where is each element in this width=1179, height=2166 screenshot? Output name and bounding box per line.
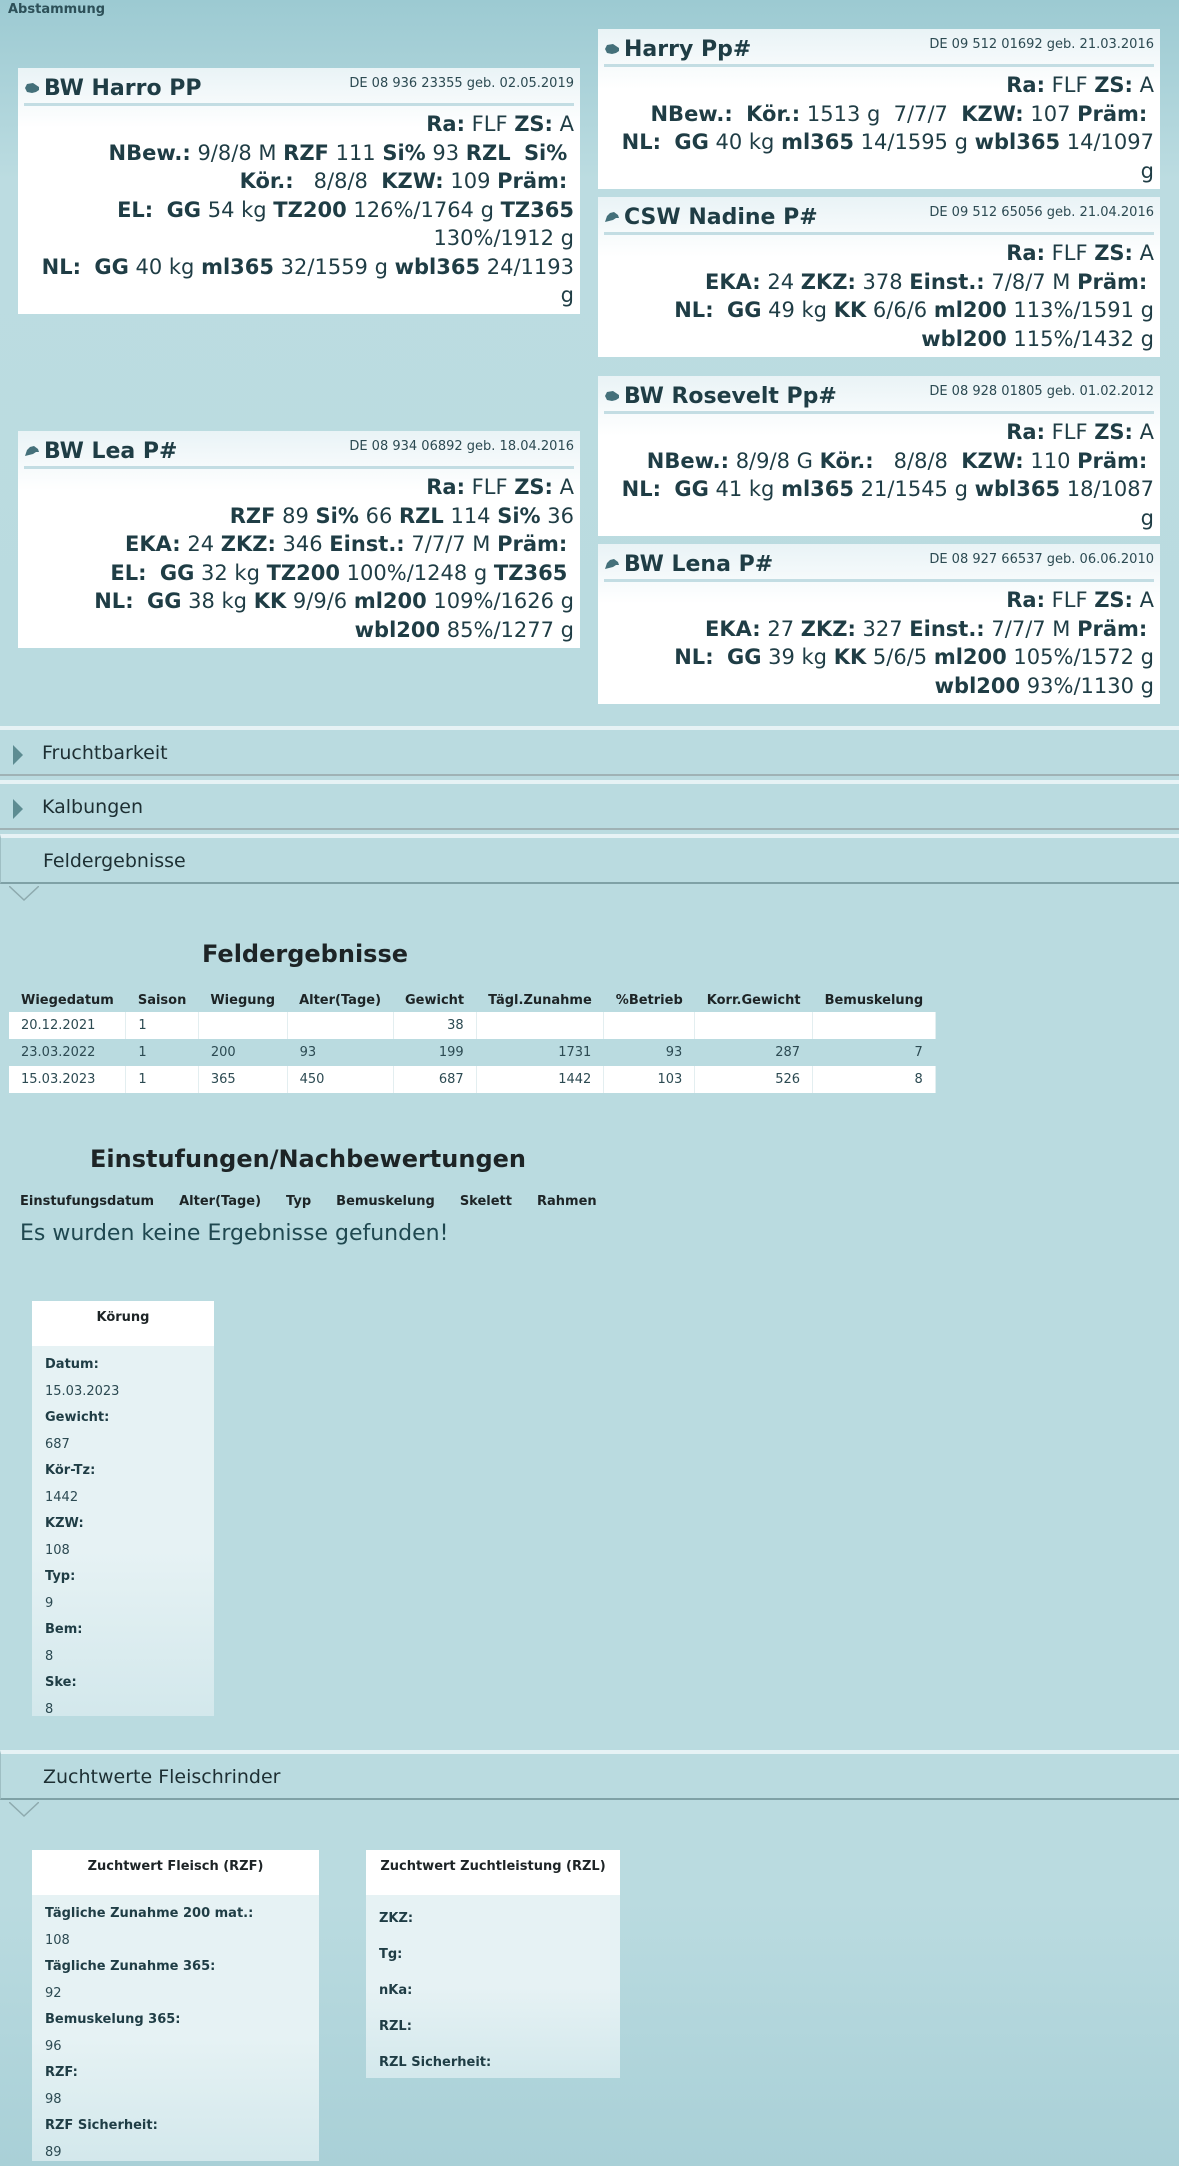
table-row: 23.03.20221200931991731932877	[9, 1039, 935, 1066]
field-value: 108	[45, 1537, 201, 1564]
feldergebnisse-title: Feldergebnisse	[202, 940, 408, 968]
field-value: 92	[45, 1980, 306, 2007]
table-cell	[813, 1012, 936, 1039]
accordion-label: Feldergebnisse	[43, 850, 186, 872]
table-cell: 1731	[476, 1039, 604, 1066]
table-cell: 1442	[476, 1066, 604, 1093]
animal-name[interactable]: Harry Pp#	[624, 37, 751, 62]
column-header: Tägl.Zunahme	[476, 988, 604, 1012]
detail-line: EKA: 24 ZKZ: 346 Einst.: 7/7/7 M Präm:	[24, 530, 574, 559]
rzl-panel: Zuchtwert Zuchtleistung (RZL) ZKZ:Tg:nKa…	[366, 1850, 620, 2078]
field-label: RZF Sicherheit:	[45, 2113, 306, 2139]
table-cell: 7	[813, 1039, 936, 1066]
column-header: Skelett	[460, 1194, 512, 1209]
animal-details: Ra: FLF ZS: ANBew.: Kör.: 1513 g 7/7/7 K…	[604, 67, 1154, 189]
table-cell: 199	[393, 1039, 476, 1066]
table-cell	[476, 1012, 604, 1039]
column-header: Rahmen	[537, 1194, 597, 1209]
expand-triangle-icon	[13, 799, 23, 819]
table-cell: 38	[393, 1012, 476, 1039]
detail-line: Ra: FLF ZS: A	[604, 71, 1154, 100]
table-cell: 93	[604, 1039, 695, 1066]
field-label: RZF:	[45, 2060, 306, 2086]
accordion-label: Kalbungen	[42, 796, 143, 818]
detail-line: NBew.: Kör.: 1513 g 7/7/7 KZW: 107 Präm:	[604, 100, 1154, 129]
field-value: 108	[45, 1927, 306, 1954]
field-label: Datum:	[45, 1352, 201, 1378]
pedigree-card-sire[interactable]: BW Harro PP DE 08 936 23355 geb. 02.05.2…	[18, 68, 580, 314]
expanded-notch-icon	[9, 1802, 39, 1818]
field-label: Tägliche Zunahme 365:	[45, 1954, 306, 1980]
column-header: %Betrieb	[604, 988, 695, 1012]
table-cell: 200	[198, 1039, 287, 1066]
cow-head-icon	[604, 205, 624, 230]
table-cell: 1	[126, 1066, 199, 1093]
field-label: Ske:	[45, 1670, 201, 1696]
detail-line: NL: GG 38 kg KK 9/9/6 ml200 109%/1626 g …	[24, 587, 574, 644]
animal-id-birth: DE 09 512 01692 geb. 21.03.2016	[929, 35, 1154, 52]
table-cell: 450	[287, 1066, 393, 1093]
detail-line: Ra: FLF ZS: A	[24, 473, 574, 502]
detail-line: EL: GG 54 kg TZ200 126%/1764 g TZ365 130…	[24, 196, 574, 253]
animal-id-birth: DE 09 512 65056 geb. 21.04.2016	[929, 203, 1154, 220]
bull-head-icon	[604, 384, 624, 409]
accordion-feldergebnisse[interactable]: Feldergebnisse	[0, 834, 1179, 884]
table-cell	[695, 1012, 813, 1039]
column-header: Gewicht	[393, 988, 476, 1012]
pedigree-card-dam-sire[interactable]: BW Rosevelt Pp# DE 08 928 01805 geb. 01.…	[598, 376, 1160, 536]
table-cell: 93	[287, 1039, 393, 1066]
table-cell	[198, 1012, 287, 1039]
field-value: 8	[45, 1696, 201, 1723]
field-label: Bemuskelung 365:	[45, 2007, 306, 2033]
field-label: Kör-Tz:	[45, 1458, 201, 1484]
table-cell	[287, 1012, 393, 1039]
animal-id-birth: DE 08 927 66537 geb. 06.06.2010	[929, 550, 1154, 567]
cow-head-icon	[604, 552, 624, 577]
detail-line: Ra: FLF ZS: A	[24, 110, 574, 139]
cow-head-icon	[24, 439, 44, 464]
detail-line: NL: GG 39 kg KK 5/6/5 ml200 105%/1572 g …	[604, 643, 1154, 700]
table-header-row: WiegedatumSaisonWiegungAlter(Tage)Gewich…	[9, 988, 935, 1012]
accordion-kalbungen[interactable]: Kalbungen	[0, 780, 1179, 830]
animal-details: Ra: FLF ZS: AEKA: 24 ZKZ: 378 Einst.: 7/…	[604, 235, 1154, 357]
koerung-panel-title: Körung	[32, 1301, 214, 1346]
field-label: RZL:	[379, 2009, 607, 2045]
column-header: Korr.Gewicht	[695, 988, 813, 1012]
animal-name[interactable]: BW Harro PP	[44, 76, 201, 101]
table-cell: 365	[198, 1066, 287, 1093]
table-cell: 15.03.2023	[9, 1066, 126, 1093]
column-header: Wiegung	[198, 988, 287, 1012]
no-results-message: Es wurden keine Ergebnisse gefunden!	[20, 1221, 448, 1246]
column-header: Wiegedatum	[9, 988, 126, 1012]
table-cell: 526	[695, 1066, 813, 1093]
accordion-label: Zuchtwerte Fleischrinder	[43, 1766, 280, 1788]
animal-id-birth: DE 08 936 23355 geb. 02.05.2019	[349, 74, 574, 91]
field-value: 15.03.2023	[45, 1378, 201, 1405]
table-row: 15.03.2023136545068714421035268	[9, 1066, 935, 1093]
detail-line: EKA: 24 ZKZ: 378 Einst.: 7/8/7 M Präm:	[604, 268, 1154, 297]
animal-id-birth: DE 08 934 06892 geb. 18.04.2016	[349, 437, 574, 454]
animal-details: Ra: FLF ZS: ARZF 89 Si% 66 RZL 114 Si% 3…	[24, 469, 574, 648]
field-label: Tägliche Zunahme 200 mat.:	[45, 1901, 306, 1927]
animal-details: Ra: FLF ZS: ANBew.: 8/9/8 G Kör.: 8/8/8 …	[604, 414, 1154, 536]
animal-details: Ra: FLF ZS: AEKA: 27 ZKZ: 327 Einst.: 7/…	[604, 582, 1154, 704]
detail-line: EL: GG 32 kg TZ200 100%/1248 g TZ365	[24, 559, 574, 588]
column-header: Alter(Tage)	[179, 1194, 261, 1209]
feldergebnisse-table: WiegedatumSaisonWiegungAlter(Tage)Gewich…	[9, 988, 936, 1093]
table-cell: 103	[604, 1066, 695, 1093]
field-label: RZL Sicherheit:	[379, 2045, 607, 2081]
field-label: Typ:	[45, 1564, 201, 1590]
field-label: Gewicht:	[45, 1405, 201, 1431]
table-cell: 687	[393, 1066, 476, 1093]
column-header: Typ	[286, 1194, 311, 1209]
animal-name[interactable]: BW Lea P#	[44, 439, 178, 464]
field-value: 96	[45, 2033, 306, 2060]
field-value: 8	[45, 1643, 201, 1670]
detail-line: RZF 89 Si% 66 RZL 114 Si% 36	[24, 502, 574, 531]
column-header: Saison	[126, 988, 199, 1012]
field-label: KZW:	[45, 1511, 201, 1537]
field-value: 687	[45, 1431, 201, 1458]
pedigree-card-dam-dam[interactable]: BW Lena P# DE 08 927 66537 geb. 06.06.20…	[598, 544, 1160, 704]
rzf-panel: Zuchtwert Fleisch (RZF) Tägliche Zunahme…	[32, 1850, 319, 2161]
field-value: 1442	[45, 1484, 201, 1511]
field-label: Tg:	[379, 1937, 607, 1973]
expand-triangle-icon	[13, 745, 23, 765]
detail-line: NL: GG 40 kg ml365 14/1595 g wbl365 14/1…	[604, 128, 1154, 185]
accordion-label: Fruchtbarkeit	[42, 742, 168, 764]
table-cell: 20.12.2021	[9, 1012, 126, 1039]
detail-line: NBew.: 9/8/8 M RZF 111 Si% 93 RZL Si%	[24, 139, 574, 168]
accordion-fruchtbarkeit[interactable]: Fruchtbarkeit	[0, 726, 1179, 776]
column-header: Bemuskelung	[336, 1194, 435, 1209]
detail-line: Ra: FLF ZS: A	[604, 418, 1154, 447]
table-cell: 8	[813, 1066, 936, 1093]
accordion-zuchtwerte[interactable]: Zuchtwerte Fleischrinder	[0, 1750, 1179, 1800]
detail-line: EKA: 27 ZKZ: 327 Einst.: 7/7/7 M Präm:	[604, 615, 1154, 644]
field-value: 98	[45, 2086, 306, 2113]
field-label: nKa:	[379, 1973, 607, 2009]
table-cell	[604, 1012, 695, 1039]
detail-line: NL: GG 49 kg KK 6/6/6 ml200 113%/1591 g …	[604, 296, 1154, 353]
field-value: 9	[45, 1590, 201, 1617]
detail-line: NL: GG 40 kg ml365 32/1559 g wbl365 24/1…	[24, 253, 574, 310]
page-title: Abstammung	[8, 2, 105, 17]
pedigree-card-dam[interactable]: BW Lea P# DE 08 934 06892 geb. 18.04.201…	[18, 431, 580, 648]
detail-line: Kör.: 8/8/8 KZW: 109 Präm:	[24, 167, 574, 196]
field-label: Bem:	[45, 1617, 201, 1643]
bull-head-icon	[24, 76, 44, 101]
column-header: Einstufungsdatum	[20, 1194, 154, 1209]
animal-id-birth: DE 08 928 01805 geb. 01.02.2012	[929, 382, 1154, 399]
table-cell: 1	[126, 1012, 199, 1039]
bull-head-icon	[604, 37, 624, 62]
field-label: ZKZ:	[379, 1901, 607, 1937]
koerung-panel: Körung Datum:15.03.2023Gewicht:687Kör-Tz…	[32, 1301, 214, 1716]
detail-line: NBew.: 8/9/8 G Kör.: 8/8/8 KZW: 110 Präm…	[604, 447, 1154, 476]
column-header: Alter(Tage)	[287, 988, 393, 1012]
table-cell: 287	[695, 1039, 813, 1066]
field-value: 89	[45, 2139, 306, 2166]
pedigree-card-sire-dam[interactable]: CSW Nadine P# DE 09 512 65056 geb. 21.04…	[598, 197, 1160, 357]
animal-name[interactable]: CSW Nadine P#	[624, 205, 818, 230]
einstufungen-table-header: EinstufungsdatumAlter(Tage)TypBemuskelun…	[20, 1194, 622, 1209]
animal-details: Ra: FLF ZS: ANBew.: 9/8/8 M RZF 111 Si% …	[24, 106, 574, 314]
column-header: Bemuskelung	[813, 988, 936, 1012]
detail-line: Ra: FLF ZS: A	[604, 586, 1154, 615]
animal-name[interactable]: BW Lena P#	[624, 552, 773, 577]
pedigree-card-sire-sire[interactable]: Harry Pp# DE 09 512 01692 geb. 21.03.201…	[598, 29, 1160, 189]
rzf-panel-title: Zuchtwert Fleisch (RZF)	[32, 1850, 319, 1895]
animal-name[interactable]: BW Rosevelt Pp#	[624, 384, 837, 409]
detail-line: NL: GG 41 kg ml365 21/1545 g wbl365 18/1…	[604, 475, 1154, 532]
table-row: 20.12.2021138	[9, 1012, 935, 1039]
table-cell: 1	[126, 1039, 199, 1066]
expanded-notch-icon	[9, 886, 39, 902]
rzl-panel-title: Zuchtwert Zuchtleistung (RZL)	[366, 1850, 620, 1895]
einstufungen-title: Einstufungen/Nachbewertungen	[90, 1145, 526, 1173]
detail-line: Ra: FLF ZS: A	[604, 239, 1154, 268]
table-cell: 23.03.2022	[9, 1039, 126, 1066]
